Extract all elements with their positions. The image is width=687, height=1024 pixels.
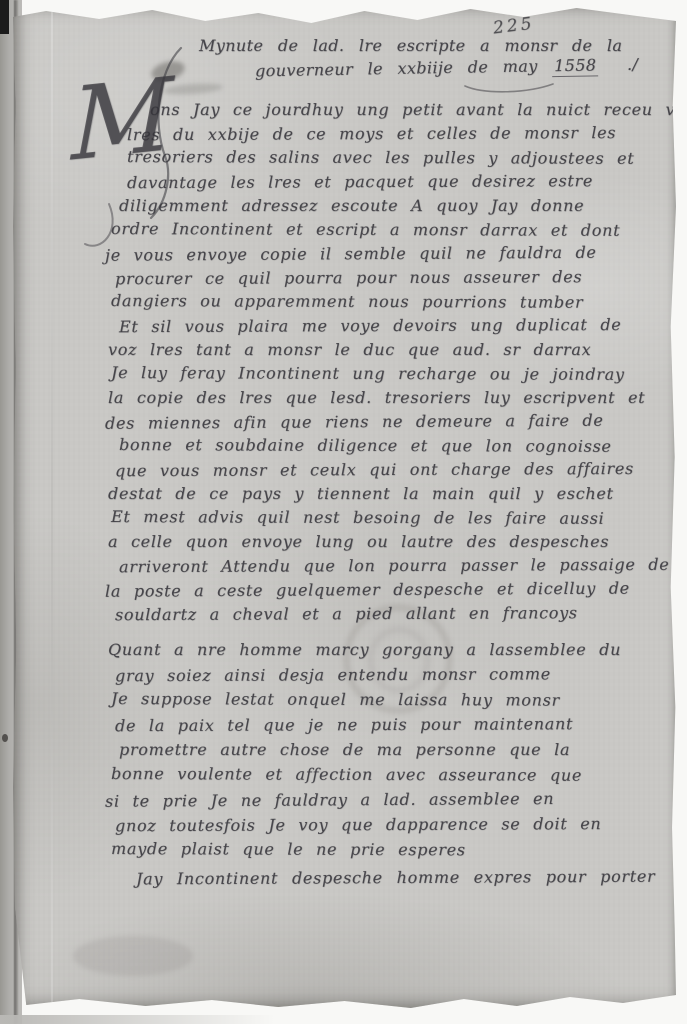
heading-year: 1558 (552, 55, 599, 77)
manuscript-line: voz lres tant a monsr le duc que aud. sr… (108, 338, 668, 362)
manuscript-line: la copie des lres que lesd. tresoriers l… (108, 386, 668, 410)
scan-corner-black-notch (0, 0, 9, 34)
manuscript-line: dangiers ou apparemment nous pourrions t… (111, 289, 668, 315)
scan-bottom-shadow (0, 1015, 275, 1024)
manuscript-line: je vous envoye copie il semble quil ne f… (105, 240, 668, 267)
manuscript-line: arriveront Attendu que lon pourra passer… (119, 553, 668, 579)
manuscript-line: souldartz a cheval et a pied allant en f… (115, 601, 668, 627)
heading-line-2-text: gouverneur le xxbiije de may (255, 56, 538, 80)
manuscript-line: Et mest advis quil nest besoing de les f… (111, 505, 668, 531)
closing-line: Jay Incontinent despesche homme expres p… (136, 867, 668, 889)
manuscript-line: bonne et soubdaine diligence et que lon … (119, 433, 668, 459)
manuscript-line: Et sil vous plaira me voye devoirs ung d… (119, 313, 668, 339)
manuscript-line: si te prie Je ne fauldray a lad. assembl… (105, 785, 668, 813)
manuscript-line: davantage les lres et pacquet que desire… (127, 169, 668, 195)
body-paragraph-1: ons Jay ce jourdhuy ung petit avant la n… (108, 98, 668, 626)
manuscript-line: destat de ce pays y tiennent la main qui… (108, 482, 668, 506)
manuscript-line: tresoriers des salins avec les pulles y … (127, 145, 668, 171)
manuscript-line: gray soiez ainsi desja entendu monsr com… (115, 661, 668, 688)
manuscript-line: mayde plaist que le ne prie esperes (111, 836, 668, 863)
manuscript-line: bonne voulente et affection avec asseura… (111, 761, 668, 788)
manuscript-line: promettre autre chose de ma personne que… (119, 737, 668, 762)
manuscript-line: Quant a nre homme marcy gorgany a lassem… (108, 637, 668, 662)
manuscript-page: 225 Mynute de lad. lre escripte a monsr … (13, 6, 676, 1008)
manuscript-line: diligemment adressez escoute A quoy Jay … (119, 194, 668, 218)
body-paragraph-2: Quant a nre homme marcy gorgany a lassem… (108, 637, 668, 862)
manuscript-line: ons Jay ce jourdhuy ung petit avant la n… (150, 98, 668, 122)
manuscript-line: de la paix tel que je ne puis pour maint… (115, 711, 668, 738)
letter-heading: Mynute de lad. lre escripte a monsr de l… (199, 36, 638, 77)
heading-line-2: gouverneur le xxbiije de may 1558 ./ (255, 55, 638, 81)
manuscript-line: que vous monsr et ceulx qui ont charge d… (115, 457, 668, 483)
folio-number: 225 (492, 14, 536, 39)
scanned-manuscript-screenshot: { "document": { "kind": "handwritten man… (0, 0, 687, 1024)
manuscript-line: Je suppose lestat onquel me laissa huy m… (111, 686, 668, 713)
manuscript-line: a celle quon envoye lung ou lautre des d… (108, 530, 668, 554)
heading-line-1: Mynute de lad. lre escripte a monsr de l… (199, 36, 638, 55)
manuscript-line: lres du xxbije de ce moys et celles de m… (127, 121, 668, 147)
paper-stain (73, 936, 193, 976)
edge-ink-speck (2, 734, 8, 742)
manuscript-line: la poste a ceste guelquemer despesche et… (105, 576, 668, 603)
heading-end-mark: ./ (627, 55, 639, 74)
manuscript-line: ordre Incontinent et escript a monsr dar… (111, 217, 668, 243)
letter-body: ons Jay ce jourdhuy ung petit avant la n… (108, 98, 668, 887)
paper-fold-line (51, 6, 53, 1008)
manuscript-line: Je luy feray Incontinent ung recharge ou… (111, 361, 668, 387)
manuscript-line: gnoz toutesfois Je voy que dapparence se… (115, 811, 668, 838)
manuscript-line: procurer ce quil pourra pour nous asseur… (115, 265, 668, 291)
manuscript-line: des miennes afin que riens ne demeure a … (105, 408, 668, 435)
